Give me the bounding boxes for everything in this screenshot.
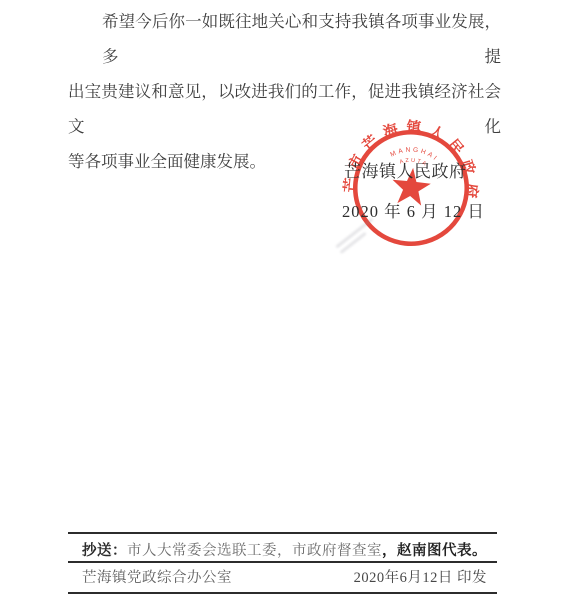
print-date: 2020年6月12日 印发 xyxy=(354,566,487,587)
copy-to-label: 抄送： xyxy=(82,543,127,559)
footer-divider-top xyxy=(68,532,497,534)
footer-divider-bottom xyxy=(68,592,497,594)
signature-issuer: 芒海镇人民政府 xyxy=(344,157,467,182)
copy-to-representative: ，赵南图代表。 xyxy=(382,543,487,559)
paragraph-line: 希望今后你一如既往地关心和支持我镇各项事业发展，多提 xyxy=(68,4,501,74)
footer-divider-middle xyxy=(68,561,497,563)
signature-date: 2020 年 6 月 12 日 xyxy=(342,198,485,222)
document-page: 希望今后你一如既往地关心和支持我镇各项事业发展，多提 出宝贵建议和意见，以改进我… xyxy=(0,0,567,600)
copy-to-row: 抄送：市人大常委会选联工委，市政府督查室，赵南图代表。 xyxy=(82,539,497,560)
copy-to-recipients: 市人大常委会选联工委，市政府督查室 xyxy=(127,543,382,559)
issuing-office: 芒海镇党政综合办公室 xyxy=(82,566,232,587)
issuing-row: 芒海镇党政综合办公室 2020年6月12日 印发 xyxy=(82,566,487,587)
